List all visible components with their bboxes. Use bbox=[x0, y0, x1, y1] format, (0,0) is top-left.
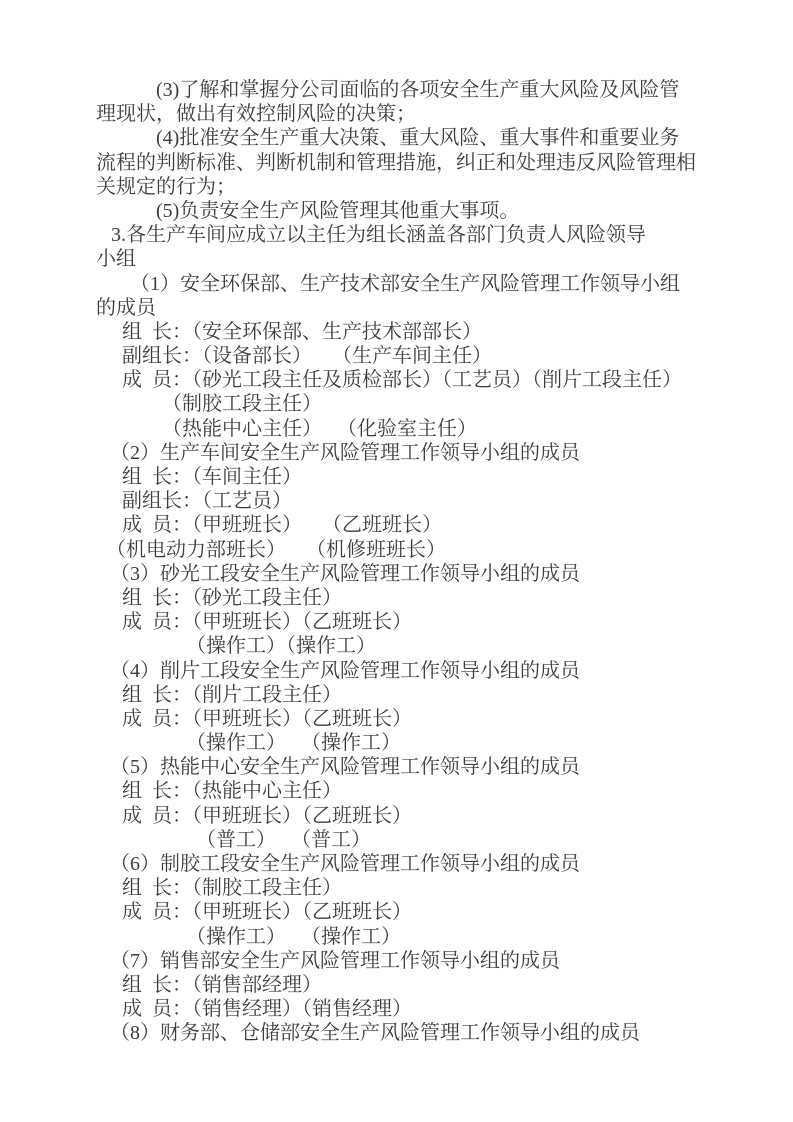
text-line-role-leader: 组 长：（削片工段主任） bbox=[96, 683, 697, 707]
text-line-subitem-heading: （1）安全环保部、生产技术部安全生产风险管理工作领导小组 bbox=[96, 272, 697, 296]
text-line-role-leader: 组 长：（安全环保部、生产技术部部长） bbox=[96, 320, 697, 344]
text-line-role-members: 成 员：（甲班班长）（乙班班长） bbox=[96, 804, 697, 828]
text-line-members-extra: （操作工）（操作工） bbox=[96, 634, 697, 658]
text-line-role-members: 成 员：（甲班班长）（乙班班长） bbox=[96, 610, 697, 634]
text-line-role-deputy: 副组长：（工艺员） bbox=[96, 489, 697, 513]
text-line-subitem-heading: （2）生产车间安全生产风险管理工作领导小组的成员 bbox=[96, 441, 697, 465]
text-line-paragraph: (5)负责安全生产风险管理其他重大事项。 bbox=[96, 199, 697, 223]
text-line-continuation: 关规定的行为； bbox=[96, 175, 697, 199]
text-line-subitem-heading: （5）热能中心安全生产风险管理工作领导小组的成员 bbox=[96, 755, 697, 779]
text-line-subitem-heading: （3）砂光工段安全生产风险管理工作领导小组的成员 bbox=[96, 562, 697, 586]
text-line-role-members: 成 员：（甲班班长）（乙班班长） bbox=[96, 707, 697, 731]
text-line-members-extra: （普工） （普工） bbox=[96, 828, 697, 852]
text-line-subitem-heading: （4）削片工段安全生产风险管理工作领导小组的成员 bbox=[96, 659, 697, 683]
text-line-continuation: 小组 bbox=[96, 247, 697, 271]
text-line-role-leader: 组 长：（销售部经理） bbox=[96, 973, 697, 997]
text-line-role-members: 成 员：（销售经理）（销售经理） bbox=[96, 997, 697, 1021]
text-line-subitem-heading: （7）销售部安全生产风险管理工作领导小组的成员 bbox=[96, 949, 697, 973]
text-line-members-extra: （热能中心主任） （化验室主任） bbox=[96, 417, 697, 441]
text-line-role-leader: 组 长：（制胶工段主任） bbox=[96, 876, 697, 900]
text-line-role-members: 成 员：（砂光工段主任及质检部长）（工艺员）（削片工段主任） bbox=[96, 368, 697, 392]
text-line-numbered-item: 3.各生产车间应成立以主任为组长涵盖各部门负责人风险领导 bbox=[96, 223, 697, 247]
text-line-role-members: 成 员：（甲班班长） （乙班班长） bbox=[96, 513, 697, 537]
text-line-continuation: 理现状，做出有效控制风险的决策； bbox=[96, 102, 697, 126]
text-line-members-extra: （操作工） （操作工） bbox=[96, 731, 697, 755]
text-line-members-extra: （机电动力部班长） （机修班班长） bbox=[96, 538, 697, 562]
text-line-role-deputy: 副组长：（设备部长） （生产车间主任） bbox=[96, 344, 697, 368]
text-line-continuation: 的成员 bbox=[96, 296, 697, 320]
text-line-members-extra: （制胶工段主任） bbox=[96, 392, 697, 416]
text-line-subitem-heading: （8）财务部、仓储部安全生产风险管理工作领导小组的成员 bbox=[96, 1021, 697, 1045]
text-line-members-extra: （操作工） （操作工） bbox=[96, 925, 697, 949]
document-page: (3)了解和掌握分公司面临的各项安全生产重大风险及风险管 理现状，做出有效控制风… bbox=[0, 0, 793, 1122]
text-line-paragraph: (3)了解和掌握分公司面临的各项安全生产重大风险及风险管 bbox=[96, 78, 697, 102]
text-line-paragraph: (4)批准安全生产重大决策、重大风险、重大事件和重要业务 bbox=[96, 126, 697, 150]
text-line-role-leader: 组 长：（热能中心主任） bbox=[96, 779, 697, 803]
text-line-role-leader: 组 长：（砂光工段主任） bbox=[96, 586, 697, 610]
text-line-continuation: 流程的判断标准、判断机制和管理措施，纠正和处理违反风险管理相 bbox=[96, 151, 697, 175]
text-line-role-members: 成 员：（甲班班长）（乙班班长） bbox=[96, 900, 697, 924]
text-line-role-leader: 组 长：（车间主任） bbox=[96, 465, 697, 489]
text-line-subitem-heading: （6）制胶工段安全生产风险管理工作领导小组的成员 bbox=[96, 852, 697, 876]
